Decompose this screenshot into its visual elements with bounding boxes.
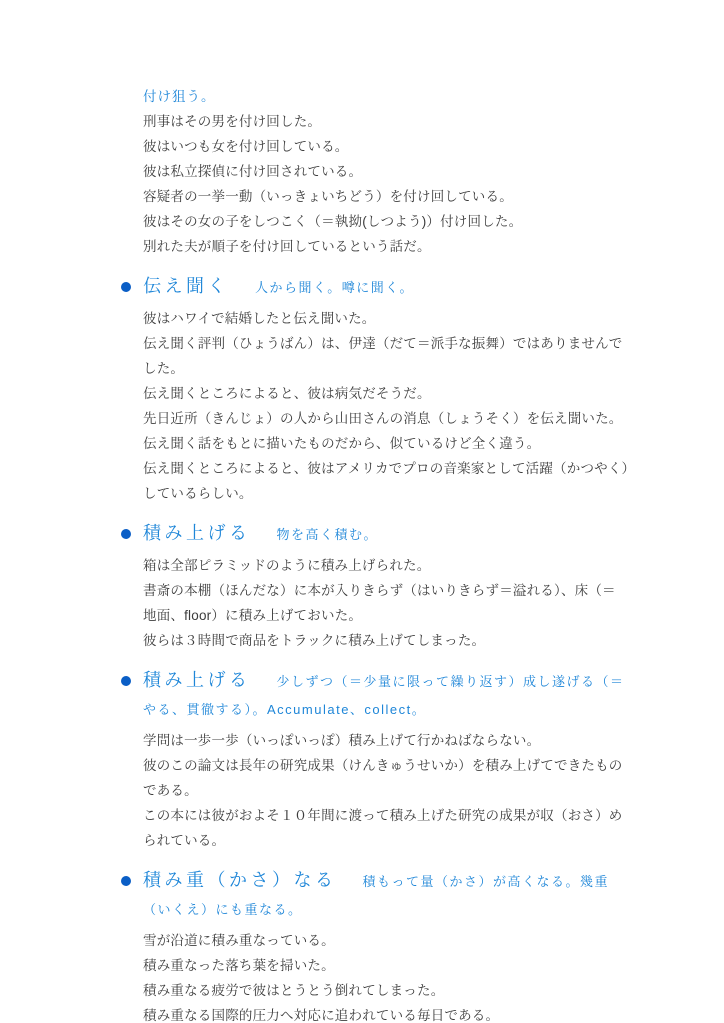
example-sentence: 彼はハワイで結婚したと伝え聞いた。 — [143, 306, 629, 331]
entry-header: 伝え聞く人から聞く。噂に聞く。 — [143, 272, 629, 302]
example-sentence: 刑事はその男を付け回した。 — [143, 109, 629, 134]
example-sentence: 学問は一歩一歩（いっぽいっぽ）積み上げて行かねばならない。 — [143, 728, 629, 753]
bullet-icon — [121, 282, 131, 292]
example-sentence: 積み重なる疲労で彼はとうとう倒れてしまった。 — [143, 978, 629, 1003]
entry-header: 積み上げる物を高く積む。 — [143, 519, 629, 549]
bullet-icon — [121, 876, 131, 886]
vocab-entry: 積み上げる少しずつ（＝少量に限って繰り返す）成し遂げる（＝やる、貫徹する）。Ac… — [143, 666, 629, 853]
example-sentence: 箱は全部ピラミッドのように積み上げられた。 — [143, 553, 629, 578]
vocab-entry: 積み上げる物を高く積む。箱は全部ピラミッドのように積み上げられた。書斎の本棚（ほ… — [143, 519, 629, 653]
document-page: 付け狙う。刑事はその男を付け回した。彼はいつも女を付け回している。彼は私立探偵に… — [0, 0, 724, 1023]
entry-headword: 積み重（かさ）なる — [143, 870, 337, 890]
example-sentence: 雪が沿道に積み重なっている。 — [143, 928, 629, 953]
entry-headword: 積み上げる — [143, 670, 251, 690]
bullet-icon — [121, 529, 131, 539]
entry-header: 積み上げる少しずつ（＝少量に限って繰り返す）成し遂げる（＝やる、貫徹する）。Ac… — [143, 666, 629, 724]
example-sentence: 伝え聞くところによると、彼は病気だそうだ。 — [143, 381, 629, 406]
bullet-icon — [121, 676, 131, 686]
example-sentence: 彼らは３時間で商品をトラックに積み上げてしまった。 — [143, 628, 629, 653]
page-content: 付け狙う。刑事はその男を付け回した。彼はいつも女を付け回している。彼は私立探偵に… — [143, 84, 629, 1023]
example-sentence: 積み重なる国際的圧力へ対応に追われている毎日である。 — [143, 1003, 629, 1023]
example-sentence: この本には彼がおよそ１０年間に渡って積み上げた研究の成果が収（おさ）められている… — [143, 803, 629, 853]
entry-definition: 人から聞く。噂に聞く。 — [255, 280, 414, 295]
example-sentence: 容疑者の一挙一動（いっきょいちどう）を付け回している。 — [143, 184, 629, 209]
vocab-entry: 伝え聞く人から聞く。噂に聞く。彼はハワイで結婚したと伝え聞いた。伝え聞く評判（ひ… — [143, 272, 629, 506]
entry-header: 積み重（かさ）なる積もって量（かさ）が高くなる。幾重（いくえ）にも重なる。 — [143, 866, 629, 924]
example-sentence: 彼は私立探偵に付け回されている。 — [143, 159, 629, 184]
example-sentence: 先日近所（きんじょ）の人から山田さんの消息（しょうそく）を伝え聞いた。 — [143, 406, 629, 431]
vocab-entry: 積み重（かさ）なる積もって量（かさ）が高くなる。幾重（いくえ）にも重なる。雪が沿… — [143, 866, 629, 1023]
entry-headword: 伝え聞く — [143, 276, 229, 296]
example-sentence: 積み重なった落ち葉を掃いた。 — [143, 953, 629, 978]
example-sentence: 別れた夫が順子を付け回しているという話だ。 — [143, 234, 629, 259]
example-sentence: 伝え聞く評判（ひょうばん）は、伊達（だて＝派手な振舞）ではありませんでした。 — [143, 331, 629, 381]
entry-headword: 積み上げる — [143, 523, 251, 543]
entry-definition: 物を高く積む。 — [277, 527, 379, 542]
entry-lead-line: 付け狙う。 — [143, 84, 629, 109]
example-sentence: 彼はその女の子をしつこく（＝執拗(しつよう)）付け回した。 — [143, 209, 629, 234]
example-sentence: 彼のこの論文は長年の研究成果（けんきゅうせいか）を積み上げてできたものである。 — [143, 753, 629, 803]
example-sentence: 書斎の本棚（ほんだな）に本が入りきらず（はいりきらず＝溢れる）、床（＝地面、fl… — [143, 578, 629, 628]
example-sentence: 伝え聞くところによると、彼はアメリカでプロの音楽家として活躍（かつやく）している… — [143, 456, 629, 506]
vocab-entry: 付け狙う。刑事はその男を付け回した。彼はいつも女を付け回している。彼は私立探偵に… — [143, 84, 629, 259]
example-sentence: 伝え聞く話をもとに描いたものだから、似ているけど全く違う。 — [143, 431, 629, 456]
example-sentence: 彼はいつも女を付け回している。 — [143, 134, 629, 159]
